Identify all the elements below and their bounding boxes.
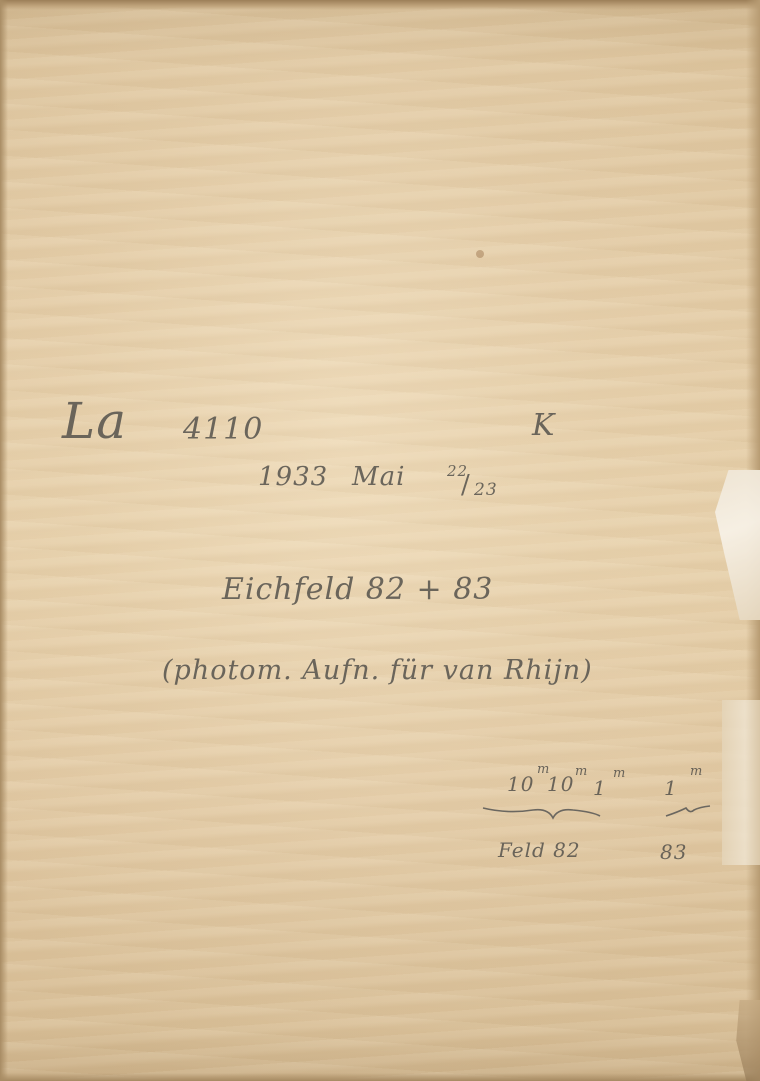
date-day-denominator: 23 — [474, 480, 498, 500]
note-line: (photom. Aufn. für van Rhijn) — [162, 655, 593, 686]
exposure-4-unit: m — [690, 764, 703, 779]
grouping-brace-icon — [478, 802, 728, 832]
torn-edge-patch — [715, 470, 760, 620]
catalog-number: 4110 — [183, 412, 263, 447]
exposure-2: 10 — [547, 772, 574, 796]
exposure-3-unit: m — [613, 766, 626, 781]
exposure-1: 10 — [507, 772, 534, 796]
ink-spot — [476, 250, 484, 258]
mark-k: K — [532, 408, 555, 443]
group-a-label: Feld 82 — [498, 838, 581, 862]
top-edge — [0, 0, 760, 10]
date-year: 1933 — [258, 462, 328, 492]
folded-edge-strip — [722, 700, 760, 865]
left-edge — [0, 0, 8, 1081]
exposure-2-unit: m — [575, 764, 588, 779]
group-b-label: 83 — [660, 840, 687, 864]
date-slash: / — [461, 470, 471, 500]
paper-texture — [0, 0, 760, 1081]
exposure-3: 1 — [593, 776, 607, 800]
document-sheet: La 4110 K 1933 Mai 22 / 23 Eichfeld 82 +… — [0, 0, 760, 1081]
date-month: Mai — [352, 462, 405, 492]
exposure-4: 1 — [664, 776, 678, 800]
corner-damage — [726, 1000, 760, 1081]
bottom-edge — [0, 1073, 760, 1081]
field-line: Eichfeld 82 + 83 — [222, 572, 493, 607]
catalog-prefix: La — [62, 392, 127, 450]
